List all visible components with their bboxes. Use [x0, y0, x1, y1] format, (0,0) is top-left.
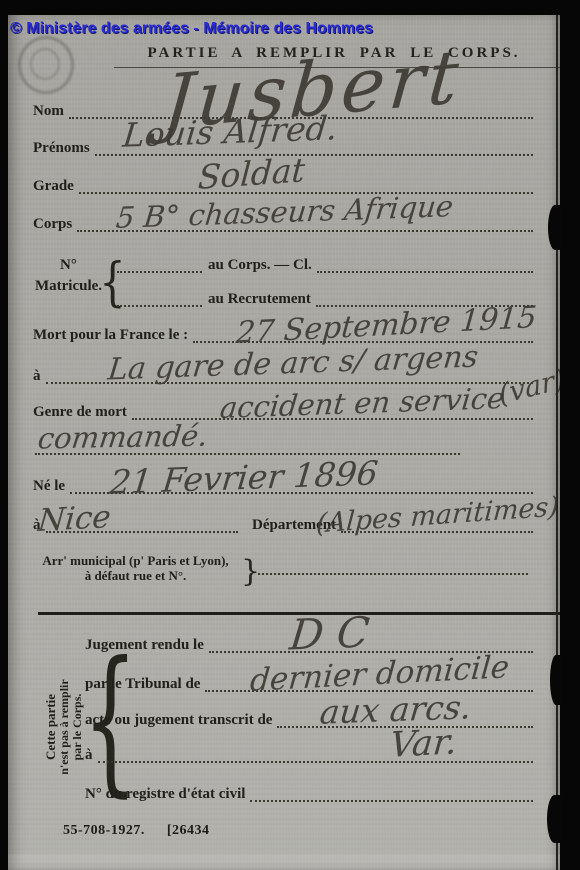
hw-ne-le: 21 Fevrier 1896: [108, 456, 379, 498]
au-recrutement-label: au Recrutement: [202, 292, 314, 307]
jugement-label: Jugement rendu le: [85, 638, 207, 653]
grade-label: Grade: [33, 179, 77, 194]
paper-edge-tear: [548, 205, 562, 250]
au-corps-label: au Corps. — Cl.: [202, 258, 315, 273]
hw-transcrit-a: Var.: [389, 725, 459, 764]
nom-label: Nom: [33, 104, 67, 119]
scan-border-left: [0, 0, 8, 870]
matricule-corps-line-right: [317, 271, 533, 273]
hw-genre-mort2: commandé.: [36, 421, 209, 453]
arr-municipal-label: Arr' municipal (p' Paris et Lyon), à déf…: [33, 554, 241, 582]
matricule-label: Matricule.: [35, 279, 105, 294]
corps-label: Corps: [33, 217, 75, 232]
paper-edge-tear: [550, 655, 562, 705]
arr-line-dots: [258, 573, 528, 575]
registre-label: N° du registre d'état civil: [85, 787, 248, 802]
field-transcrit-a: à: [85, 743, 533, 763]
hw-grade: Soldat: [197, 153, 306, 194]
field-matricule-corps: au Corps. — Cl.: [115, 253, 533, 273]
transcrit-a-label: à: [85, 748, 96, 763]
watermark: © Ministère des armées - Mémoire des Hom…: [10, 20, 373, 38]
paper-right-edge: [556, 15, 558, 870]
transcrit-a-line: [98, 761, 534, 763]
genre-mort-label: Genre de mort: [33, 405, 130, 420]
mort-lieu-label: à: [33, 369, 44, 384]
ne-le-label: Né le: [33, 479, 68, 494]
registre-line: [250, 800, 533, 802]
mort-label: Mort pour la France le :: [33, 328, 191, 343]
field-registre: N° du registre d'état civil: [85, 782, 533, 802]
matricule-recr-line-left: [117, 305, 202, 307]
record-card: PARTIE A REMPLIR PAR LE CORPS. Nom Préno…: [8, 15, 560, 870]
arr-line1: Arr' municipal (p' Paris et Lyon),: [33, 554, 241, 567]
prenoms-label: Prénoms: [33, 141, 93, 156]
imprint-code: 55-708-1927.: [63, 823, 145, 838]
round-stamp-icon: [18, 36, 74, 94]
matricule-no-label: N°: [60, 258, 80, 273]
arr-line: [256, 555, 528, 575]
hw-ne-a: Nice: [37, 502, 112, 537]
hw-jugement: D C: [288, 612, 372, 657]
tribunal-label: par le Tribunal de: [85, 677, 203, 692]
hw-prenoms: Louis Alfred.: [121, 111, 339, 152]
transcrit-label: acte ou jugement transcrit de: [85, 713, 275, 728]
side-note: Cette partie n'est pas à remplir par le …: [44, 637, 86, 817]
imprint-footer: 55-708-1927.[26434: [63, 823, 232, 839]
scanned-record-page: PARTIE A REMPLIR PAR LE CORPS. Nom Préno…: [0, 0, 580, 870]
scan-border-top: [0, 0, 580, 15]
arr-line2: à défaut rue et N°.: [33, 569, 241, 582]
scan-border-right: [560, 0, 580, 870]
paper-edge-tear: [547, 795, 562, 843]
side-note-line1: Cette partie: [44, 637, 58, 817]
lot-number: [26434: [167, 823, 210, 838]
matricule-corps-line-left: [117, 271, 202, 273]
prenoms-line: [95, 154, 533, 156]
